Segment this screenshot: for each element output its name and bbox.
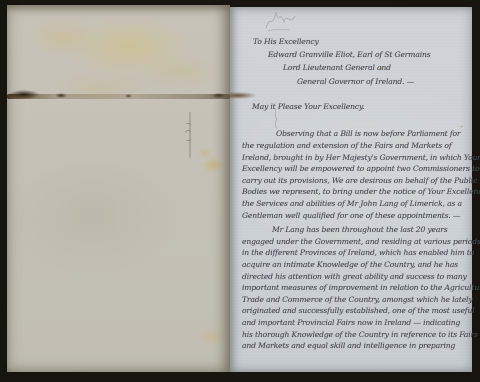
letter-line: acquire an intimate Knowledge of the Cou… xyxy=(242,259,470,271)
fold-crease xyxy=(7,94,230,99)
pencil-scribble-icon xyxy=(262,4,308,34)
letter-heading-line: General Governor of Ireland. — xyxy=(297,75,470,88)
letter-line: directed his attention with great abilit… xyxy=(242,271,470,283)
pencil-annotation-icon xyxy=(178,110,198,162)
letter-line: Ireland, brought in by Her Majesty's Gov… xyxy=(242,152,470,164)
letter-line: Bodies we represent, to bring under the … xyxy=(242,186,470,198)
document-scan: To His Excellency Edward Granville Eliot… xyxy=(0,0,480,382)
letter-heading-line: Lord Lieutenant General and xyxy=(283,61,470,74)
letter-line: Excellency will be empowered to appoint … xyxy=(242,163,470,175)
left-page xyxy=(7,5,230,372)
letter-line: carry out its provisions, We are desirou… xyxy=(242,175,470,187)
letter-line: in the different Provinces of Ireland, w… xyxy=(242,247,470,259)
letter-body: To His Excellency Edward Granville Eliot… xyxy=(242,35,470,352)
letter-line: originated and successfully established,… xyxy=(242,305,470,317)
letter-line: the Services and abilities of Mr John La… xyxy=(242,198,470,210)
letter-line: the regulation and extension of the Fair… xyxy=(242,140,470,152)
right-page: To His Excellency Edward Granville Eliot… xyxy=(230,7,472,372)
letter-salutation: May it Please Your Excellency. xyxy=(252,101,470,113)
letter-heading-line: To His Excellency xyxy=(253,35,470,48)
letter-line: important measures of improvement in rel… xyxy=(242,282,470,294)
letter-line: Gentleman well qualified for one of thes… xyxy=(242,210,470,222)
letter-line: his thorough Knowledge of the Country in… xyxy=(242,329,470,341)
letter-line: Trade and Commerce of the Country, among… xyxy=(242,294,470,306)
crease-stain xyxy=(9,90,39,99)
letter-line: and Markets and equal skill and intellig… xyxy=(242,340,470,352)
crease-stain xyxy=(125,94,132,98)
letter-line: engaged under the Government, and residi… xyxy=(242,236,470,248)
letter-heading-line: Edward Granville Eliot, Earl of St Germa… xyxy=(268,48,470,61)
crease-stain xyxy=(55,93,67,98)
letter-line: and important Provincial Fairs now in Ir… xyxy=(242,317,470,329)
letter-line: Mr Lang has been throughout the last 20 … xyxy=(272,224,470,236)
letter-line: Observing that a Bill is now before Parl… xyxy=(276,128,470,140)
crease-stain xyxy=(212,93,225,98)
